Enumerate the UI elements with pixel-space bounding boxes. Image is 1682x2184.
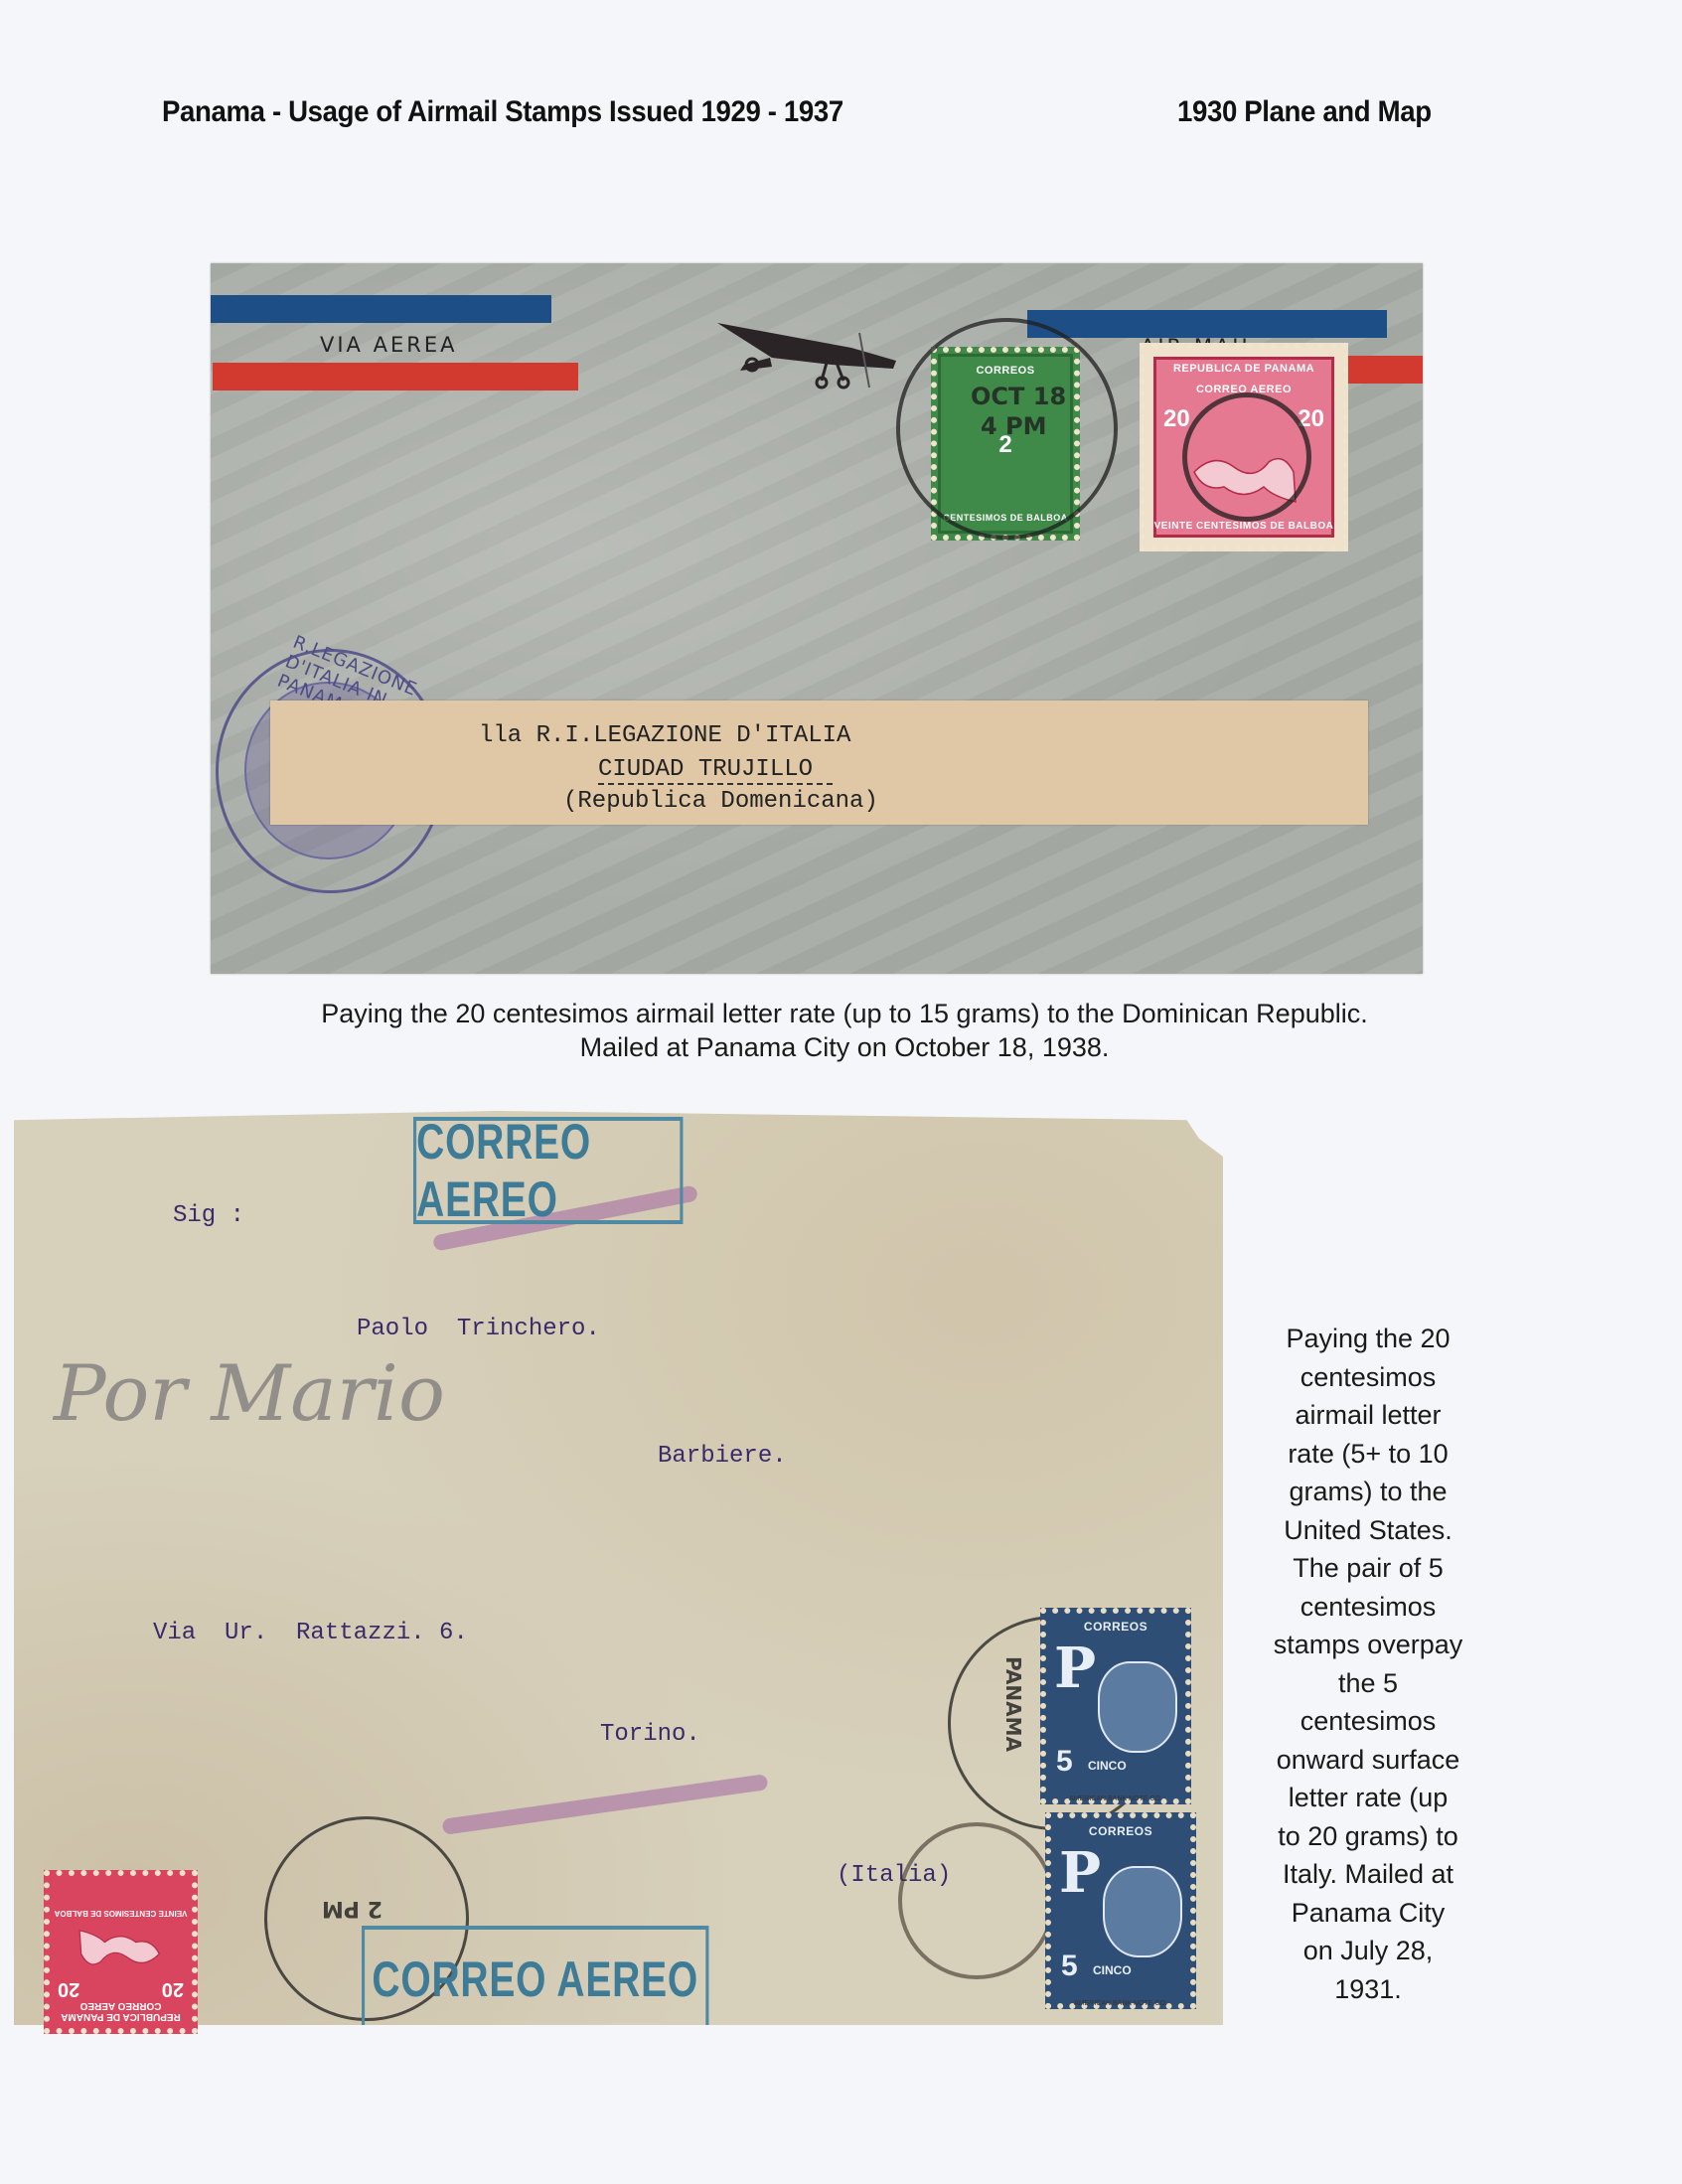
caption-line: stamps overpay — [1239, 1626, 1497, 1664]
stamp-letter-p: P — [1059, 1840, 1101, 1906]
page-subtitle: 1930 Plane and Map — [1177, 95, 1432, 129]
caption-line: on July 28, — [1239, 1932, 1497, 1970]
salutation: Sig : — [173, 1202, 244, 1229]
correo-aereo-handstamp-bottom: CORREO AEREO — [362, 1926, 708, 2033]
caption-line: the 5 — [1239, 1664, 1497, 1703]
address-line-2: CIUDAD TRUJILLO — [598, 756, 833, 785]
blue-stripe-right — [1027, 310, 1387, 338]
caption-line: Paying the 20 centesimos airmail letter … — [149, 997, 1540, 1030]
stamp-value-right: 20 — [58, 1977, 79, 2000]
caption-line: Italy. Mailed at — [1239, 1855, 1497, 1894]
postmark-time: 2 PM — [322, 1896, 382, 1921]
page-title: Panama - Usage of Airmail Stamps Issued … — [162, 95, 843, 129]
pencil-note: Por Mario — [54, 1349, 445, 1439]
address-line-1: lla R.I.LEGAZIONE D'ITALIA — [479, 722, 850, 749]
cover-1-caption: Paying the 20 centesimos airmail letter … — [149, 997, 1540, 1064]
stamp-header: CORREOS — [1051, 1824, 1190, 1838]
address-line-city: Torino. — [600, 1721, 700, 1748]
caption-line: Paying the 20 — [1239, 1320, 1497, 1358]
postmark-time: 4 PM — [981, 412, 1047, 440]
stamp-value: 5 — [1061, 1950, 1078, 1983]
red-stripe-left — [213, 363, 578, 390]
caption-line: centesimos — [1239, 1702, 1497, 1741]
cover-1-envelope: VIA AEREA AIR MAIL CORREOS 2 CENTESIMOS … — [211, 263, 1423, 974]
caption-line: rate (5+ to 10 — [1239, 1435, 1497, 1474]
obliterator-postmark — [1182, 392, 1311, 522]
stamp-value-left: 20 — [162, 1977, 184, 2000]
correo-aereo-handstamp-top: CORREO AEREO — [413, 1117, 683, 1224]
stamp-blue-5c-bottom: CORREOS P 5 CINCO AMERICAN BANK NOTE CO. — [1045, 1812, 1196, 2009]
stamp-country: REPUBLICA DE PANAMA — [50, 2011, 192, 2022]
address-line-3: (Republica Domenicana) — [563, 788, 878, 815]
address-line-street: Via Ur. Rattazzi. 6. — [153, 1620, 468, 1646]
stamp-value-left: 20 — [1163, 405, 1190, 433]
address-label: lla R.I.LEGAZIONE D'ITALIA CIUDAD TRUJIL… — [270, 701, 1368, 825]
airplane-icon — [712, 303, 901, 392]
via-aerea-label: VIA AEREA — [320, 333, 457, 357]
stamp-header: CORREOS — [1046, 1620, 1185, 1634]
transit-postmark — [898, 1822, 1055, 1979]
stamp-denomination: CINCO — [1093, 1963, 1132, 1977]
caption-line: Panama City — [1239, 1894, 1497, 1933]
caption-line: to 20 grams) to — [1239, 1817, 1497, 1856]
stamp-letter-p: P — [1054, 1636, 1096, 1701]
caption-line: airmail letter — [1239, 1396, 1497, 1435]
coat-of-arms-icon — [1103, 1866, 1182, 1957]
caption-line: letter rate (up — [1239, 1779, 1497, 1817]
stamp-red-20c-inverted: REPUBLICA DE PANAMA CORREO AEREO 20 20 V… — [44, 1870, 198, 2034]
map-of-panama-icon — [72, 1923, 171, 1977]
violet-crayon-streak — [441, 1774, 768, 1835]
stamp-value: 5 — [1056, 1745, 1073, 1779]
stamp-printer: AMERICAN BANK NOTE CO. — [1051, 2000, 1190, 2007]
caption-line: centesimos — [1239, 1588, 1497, 1627]
stamp-printer: AMERICAN BANK NOTE CO. — [1046, 1795, 1185, 1802]
stamp-denomination: CINCO — [1088, 1759, 1127, 1773]
caption-line: onward surface — [1239, 1741, 1497, 1780]
postmark-place: PANAMA — [1001, 1656, 1025, 1752]
caption-line: Mailed at Panama City on October 18, 193… — [149, 1030, 1540, 1064]
caption-line: 1931. — [1239, 1970, 1497, 2009]
cover-2-caption: Paying the 20 centesimos airmail letter … — [1239, 1320, 1497, 2008]
caption-line: The pair of 5 — [1239, 1549, 1497, 1588]
stamp-denomination: VEINTE CENTESIMOS DE BALBOA — [1154, 521, 1334, 532]
blue-stripe-left — [211, 295, 551, 323]
caption-line: grams) to the — [1239, 1473, 1497, 1511]
stamp-header: CORREO AEREO — [50, 2000, 192, 2011]
stamp-country: REPUBLICA DE PANAMA — [1173, 363, 1314, 375]
postmark-date: OCT 18 — [971, 383, 1066, 410]
caption-line: United States. — [1239, 1511, 1497, 1550]
stamp-denomination: VEINTE CENTESIMOS DE BALBOA — [50, 1909, 192, 1918]
coat-of-arms-icon — [1098, 1661, 1177, 1753]
caption-line: centesimos — [1239, 1358, 1497, 1397]
address-line-name: Paolo Trinchero. — [357, 1316, 600, 1342]
stamp-blue-5c-top: CORREOS P 5 CINCO AMERICAN BANK NOTE CO. — [1040, 1608, 1191, 1804]
address-line-occupation: Barbiere. — [658, 1443, 787, 1470]
